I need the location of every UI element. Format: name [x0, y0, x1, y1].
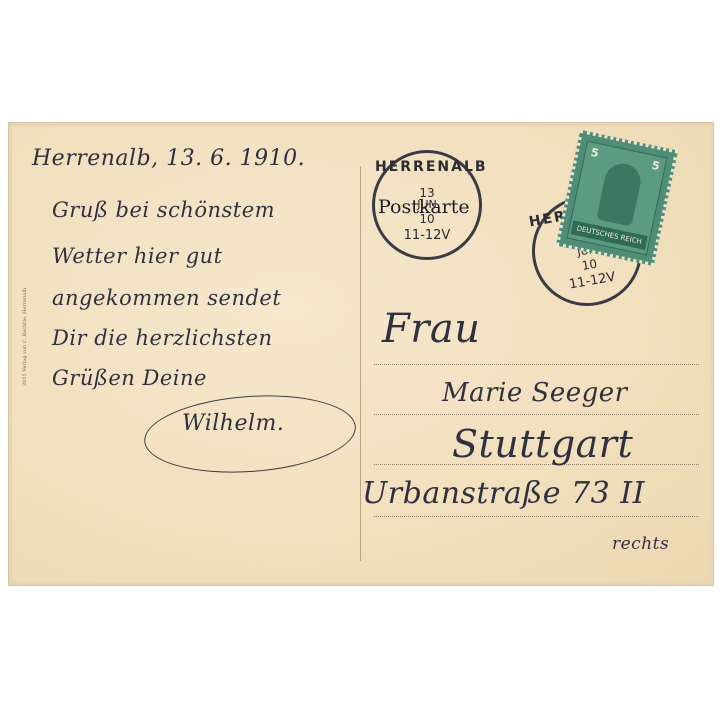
postkarte-header: Postkarte — [378, 196, 470, 218]
place-date: Herrenalb, 13. 6. 1910. — [32, 146, 305, 171]
stamp-frame: 5 5 DEUTSCHES REICH — [567, 141, 668, 256]
address-city: Stuttgart — [452, 422, 633, 466]
postcard: 2015 Verlag von C. Bechtle, Herrenalb He… — [12, 126, 710, 582]
postage-stamp: 5 5 DEUTSCHES REICH — [556, 130, 678, 266]
address-street: Urbanstraße 73 II — [362, 476, 645, 511]
address-line — [374, 364, 699, 365]
publisher-imprint: 2015 Verlag von C. Bechtle, Herrenalb — [22, 288, 28, 386]
address-line — [374, 414, 699, 415]
signature: Wilhelm. — [182, 411, 284, 436]
germania-figure-icon — [596, 160, 644, 226]
message-line-4: Dir die herzlichsten — [52, 326, 272, 350]
message-line-2: Wetter hier gut — [52, 244, 223, 268]
address-salutation: Frau — [382, 306, 480, 352]
message-line-5: Grüßen Deine — [52, 366, 207, 390]
stamp-value: 5 — [651, 159, 661, 173]
message-line-3: angekommen sendet — [52, 286, 281, 310]
stamp-value: 5 — [590, 146, 600, 160]
center-divider — [360, 166, 361, 561]
postmark-town: HERRENALB — [375, 159, 479, 175]
address-line — [374, 516, 699, 517]
message-line-1: Gruß bei schönstem — [52, 198, 275, 222]
address-name: Marie Seeger — [442, 378, 628, 408]
postmark-time: 11-12V — [375, 228, 479, 243]
stamp-country: DEUTSCHES REICH — [570, 220, 647, 249]
address-note: rechts — [612, 534, 669, 554]
